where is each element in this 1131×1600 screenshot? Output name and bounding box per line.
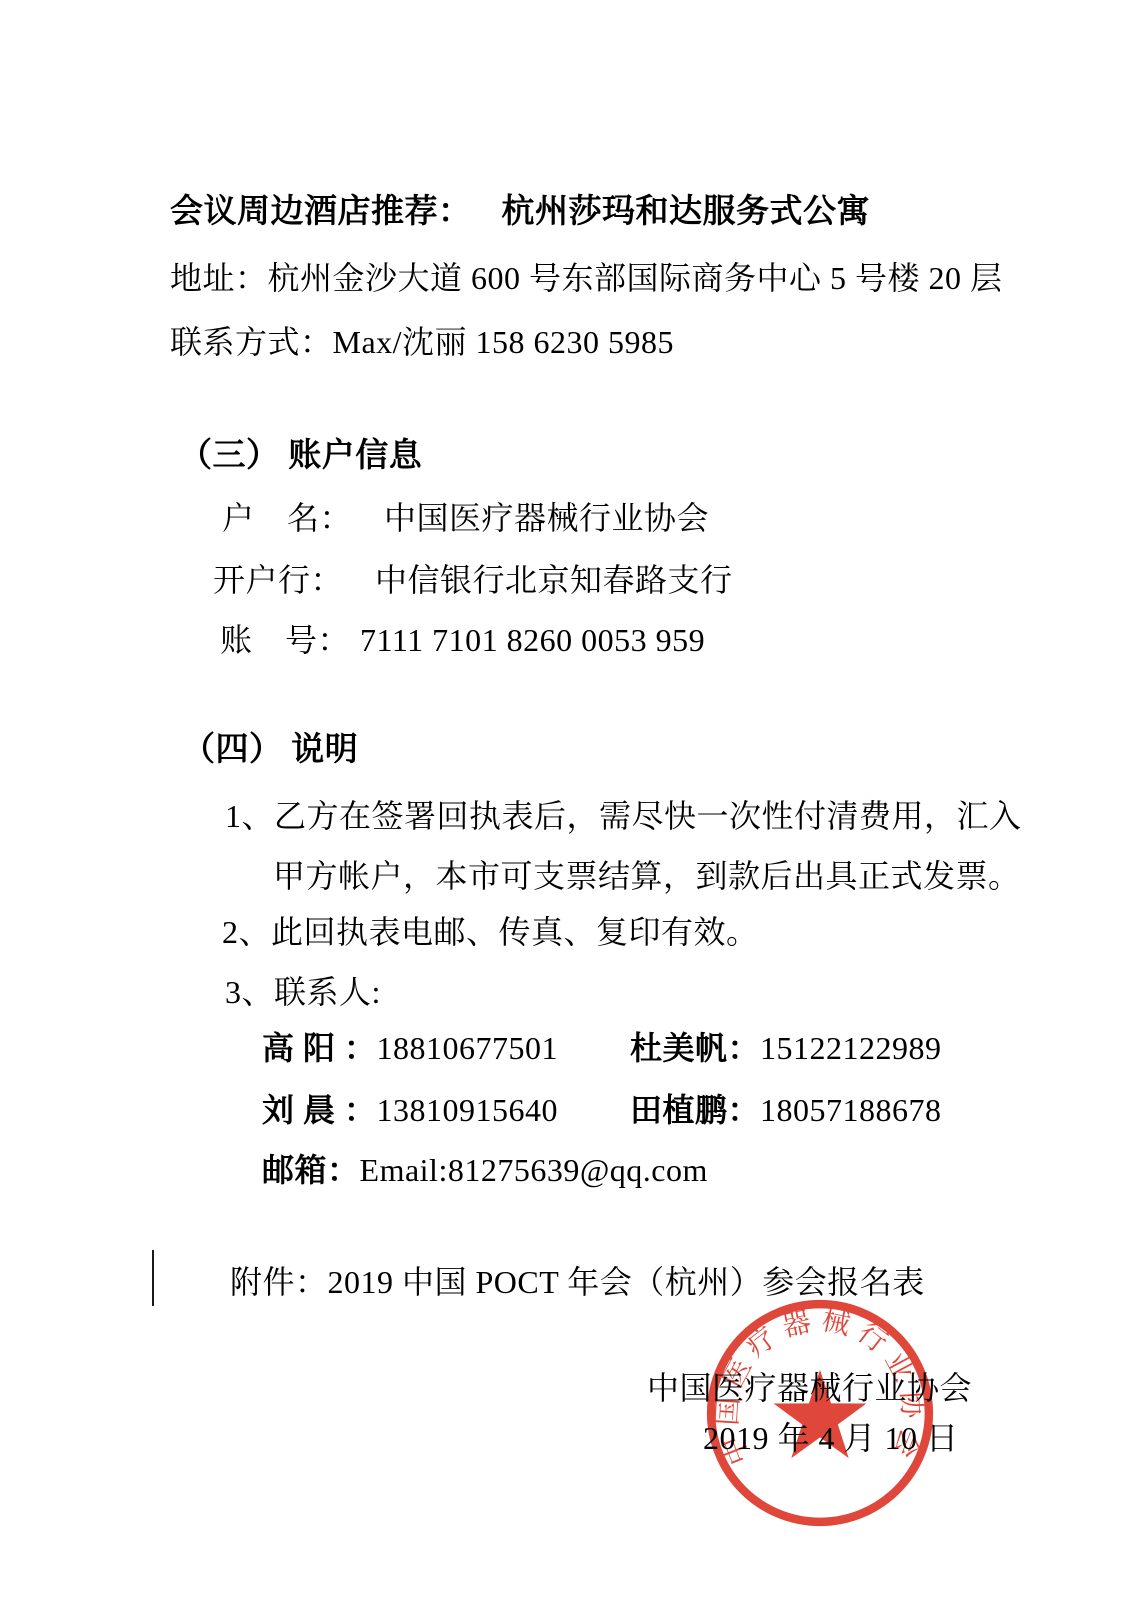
note-item3: 3、联系人: [225,976,381,1008]
account-number-value: 7111 7101 8260 0053 959 [360,622,705,658]
contact-email-value: Email:81275639@qq.com [360,1152,708,1188]
account-number-label: 账 号： [220,622,350,658]
hotel-recommendation-label: 会议周边酒店推荐： [170,194,472,230]
account-name-row: 户 名：中国医疗器械行业协会 [222,502,709,534]
contact-tian-zhipeng: 田植鹏：18057188678 [630,1094,942,1126]
hotel-recommendation-line: 会议周边酒店推荐：杭州莎玛和达服务式公寓 [170,196,870,229]
account-bank-value: 中信银行北京知春路支行 [375,562,733,598]
contact-du-meifan-phone: 15122122989 [760,1030,942,1066]
contact-tian-zhipeng-name: 田植鹏： [630,1092,760,1128]
section-notes-heading: （四） 说明 [182,734,358,767]
account-bank-label: 开户行： [213,562,343,598]
note-item1-line1: 1、乙方在签署回执表后，需尽快一次性付清费用，汇入 [225,800,1022,832]
hotel-contact-line: 联系方式：Max/沈丽 158 6230 5985 [170,326,674,358]
revision-bar [152,1250,154,1306]
contact-email-row: 邮箱：Email:81275639@qq.com [262,1154,708,1186]
contact-liu-chen-phone: 13810915640 [377,1092,559,1128]
hotel-name: 杭州莎玛和达服务式公寓 [502,194,871,230]
organization-seal-stamp-icon: 中国医疗器械行业协会 [698,1291,942,1535]
contact-gao-yang: 高 阳 ：18810677501 [262,1032,558,1064]
contact-email-label: 邮箱： [262,1152,360,1188]
hotel-address-line: 地址：杭州金沙大道 600 号东部国际商务中心 5 号楼 20 层 [170,262,1003,294]
note-item1-line2: 甲方帐户，本市可支票结算，到款后出具正式发票。 [273,860,1021,892]
document-page: 会议周边酒店推荐：杭州莎玛和达服务式公寓 地址：杭州金沙大道 600 号东部国际… [0,0,1131,1600]
contact-du-meifan-name: 杜美帆： [630,1030,760,1066]
contact-liu-chen: 刘 晨 ：13810915640 [262,1094,558,1126]
contact-gao-yang-phone: 18810677501 [377,1030,559,1066]
contact-tian-zhipeng-phone: 18057188678 [760,1092,942,1128]
account-bank-row: 开户行：中信银行北京知春路支行 [213,564,733,596]
note-item2: 2、此回执表电邮、传真、复印有效。 [222,916,759,948]
account-number-row: 账 号：7111 7101 8260 0053 959 [220,624,705,656]
section-account-heading: （三） 账户信息 [179,440,422,473]
contact-gao-yang-name: 高 阳 ： [262,1030,377,1066]
contact-liu-chen-name: 刘 晨 ： [262,1092,377,1128]
account-name-value: 中国医疗器械行业协会 [384,500,709,536]
seal-star-icon [774,1370,867,1458]
account-name-label: 户 名： [222,500,352,536]
contact-du-meifan: 杜美帆：15122122989 [630,1032,942,1064]
